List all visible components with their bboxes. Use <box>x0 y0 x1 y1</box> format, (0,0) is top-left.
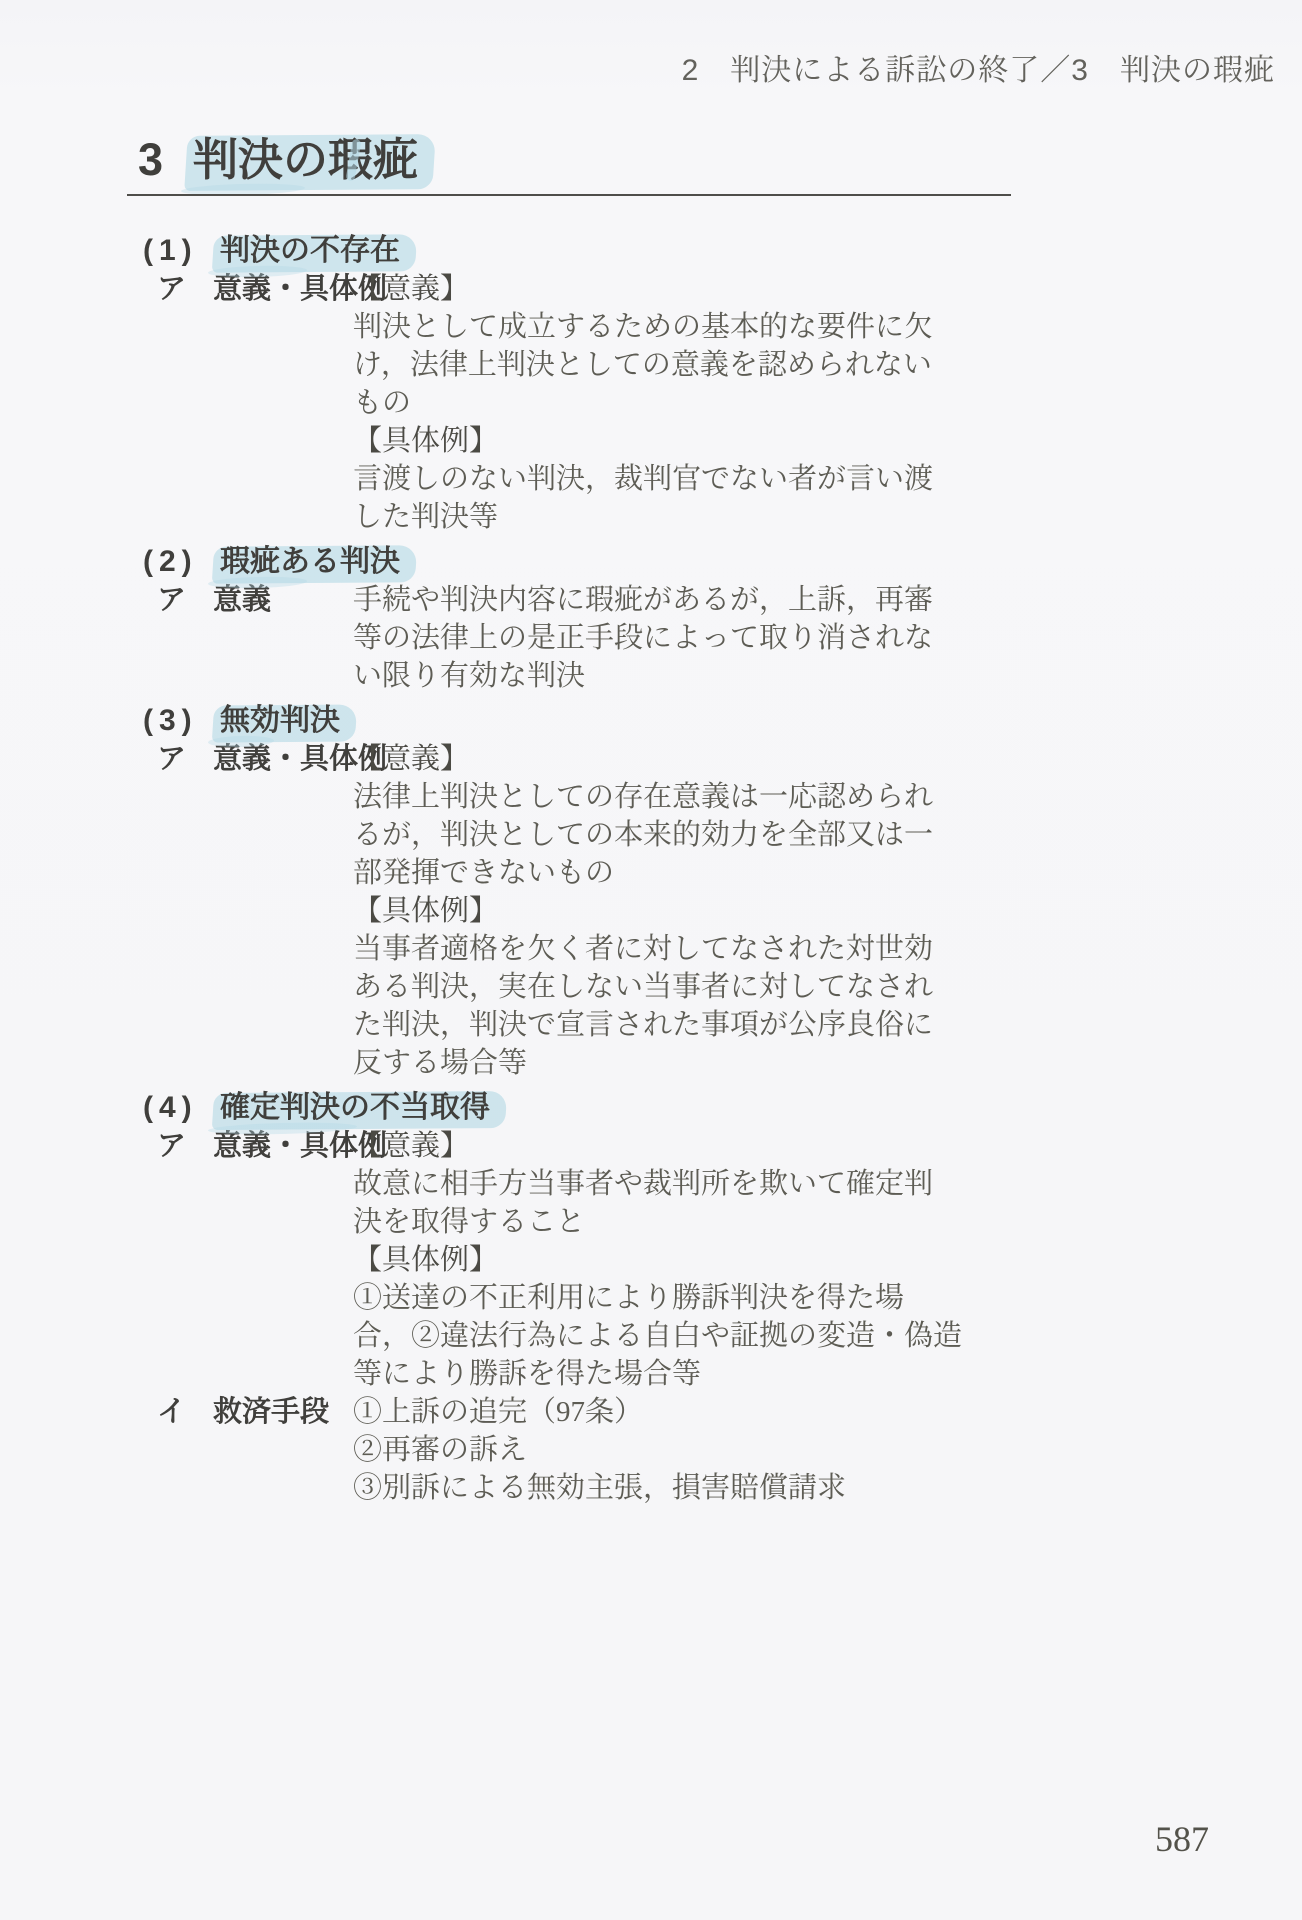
running-header: 2 判決による訴訟の終了／3 判決の瑕疵 <box>682 54 1275 88</box>
body-line: ②再審の訴え <box>353 1431 1302 1469</box>
definition-row: ア意義・具体例【意義】判決として成立するための基本的な要件に欠け，法律上判決とし… <box>0 270 1302 536</box>
body-line: 部発揮できないもの <box>353 854 1302 892</box>
body-line: 【具体例】 <box>353 1241 1302 1279</box>
body-line: 反する場合等 <box>353 1044 1302 1082</box>
row-marker: ア <box>157 1127 213 1165</box>
body-line: 【具体例】 <box>353 422 1302 460</box>
body-line: 当事者適格を欠く者に対してなされた対世効 <box>353 930 1302 968</box>
body-line: 【意義】 <box>353 740 1302 778</box>
body-line: 法律上判決としての存在意義は一応認められ <box>353 778 1302 816</box>
section-heading: (4)確定判決の不当取得 <box>0 1089 1302 1127</box>
definition-row: ア意義・具体例【意義】法律上判決としての存在意義は一応認められるが，判決としての… <box>0 740 1302 1082</box>
row-body: 【意義】故意に相手方当事者や裁判所を欺いて確定判決を取得すること【具体例】①送達… <box>353 1127 1302 1393</box>
body-line: 言渡しのない判決，裁判官でない者が言い渡 <box>353 460 1302 498</box>
content: (1)判決の不存在ア意義・具体例【意義】判決として成立するための基本的な要件に欠… <box>0 232 1302 1507</box>
body-line: た判決，判決で宣言された事項が公序良俗に <box>353 1006 1302 1044</box>
body-line: 【意義】 <box>353 270 1302 308</box>
definition-row: イ救済手段①上訴の追完（97条）②再審の訴え③別訴による無効主張，損害賠償請求 <box>0 1393 1302 1507</box>
section-number: (3) <box>143 702 220 740</box>
body-line: け，法律上判決としての意義を認められない <box>353 346 1302 384</box>
body-line: ①送達の不正利用により勝訴判決を得た場 <box>353 1279 1302 1317</box>
section-number: (4) <box>143 1089 220 1127</box>
row-body: 【意義】法律上判決としての存在意義は一応認められるが，判決としての本来的効力を全… <box>353 740 1302 1082</box>
chapter-title-number: 3 <box>138 134 163 185</box>
section-number: (2) <box>143 543 220 581</box>
page-number: 587 <box>1155 1820 1209 1858</box>
title-rule <box>127 194 1011 196</box>
section-heading: (3)無効判決 <box>0 702 1302 740</box>
body-line: 等の法律上の是正手段によって取り消されな <box>353 619 1302 657</box>
section-heading: (1)判決の不存在 <box>0 232 1302 270</box>
row-label: 救済手段 <box>213 1393 353 1431</box>
body-line: した判決等 <box>353 498 1302 536</box>
row-body: 【意義】判決として成立するための基本的な要件に欠け，法律上判決としての意義を認め… <box>353 270 1302 536</box>
chapter-title-text: 判決の瑕疵 <box>193 134 418 185</box>
section-heading-text: 確定判決の不当取得 <box>220 1091 490 1124</box>
definition-row: ア意義・具体例【意義】故意に相手方当事者や裁判所を欺いて確定判決を取得すること【… <box>0 1127 1302 1393</box>
chapter-title: 3判決の瑕疵 <box>138 134 418 186</box>
row-body: 手続や判決内容に瑕疵があるが，上訴，再審等の法律上の是正手段によって取り消されな… <box>353 581 1302 695</box>
body-line: 合，②違法行為による自白や証拠の変造・偽造 <box>353 1317 1302 1355</box>
body-line: 故意に相手方当事者や裁判所を欺いて確定判 <box>353 1165 1302 1203</box>
section-heading-text: 無効判決 <box>220 704 340 737</box>
body-line: い限り有効な判決 <box>353 657 1302 695</box>
row-marker: イ <box>157 1393 213 1431</box>
row-marker: ア <box>157 740 213 778</box>
section-heading: (2)瑕疵ある判決 <box>0 543 1302 581</box>
body-line: 手続や判決内容に瑕疵があるが，上訴，再審 <box>353 581 1302 619</box>
body-line: 等により勝訴を得た場合等 <box>353 1355 1302 1393</box>
section-heading-text: 瑕疵ある判決 <box>220 545 400 578</box>
body-line: 【具体例】 <box>353 892 1302 930</box>
section-heading-text: 判決の不存在 <box>220 234 400 267</box>
body-line: ③別訴による無効主張，損害賠償請求 <box>353 1469 1302 1507</box>
definition-row: ア意義手続や判決内容に瑕疵があるが，上訴，再審等の法律上の是正手段によって取り消… <box>0 581 1302 695</box>
section-number: (1) <box>143 232 220 270</box>
body-line: るが，判決としての本来的効力を全部又は一 <box>353 816 1302 854</box>
book-page: 2 判決による訴訟の終了／3 判決の瑕疵 3判決の瑕疵 (1)判決の不存在ア意義… <box>0 0 1302 1920</box>
body-line: ある判決，実在しない当事者に対してなされ <box>353 968 1302 1006</box>
row-marker: ア <box>157 581 213 619</box>
body-line: 決を取得すること <box>353 1203 1302 1241</box>
body-line: 判決として成立するための基本的な要件に欠 <box>353 308 1302 346</box>
body-line: もの <box>353 384 1302 422</box>
row-marker: ア <box>157 270 213 308</box>
body-line: 【意義】 <box>353 1127 1302 1165</box>
body-line: ①上訴の追完（97条） <box>353 1393 1302 1431</box>
row-body: ①上訴の追完（97条）②再審の訴え③別訴による無効主張，損害賠償請求 <box>353 1393 1302 1507</box>
